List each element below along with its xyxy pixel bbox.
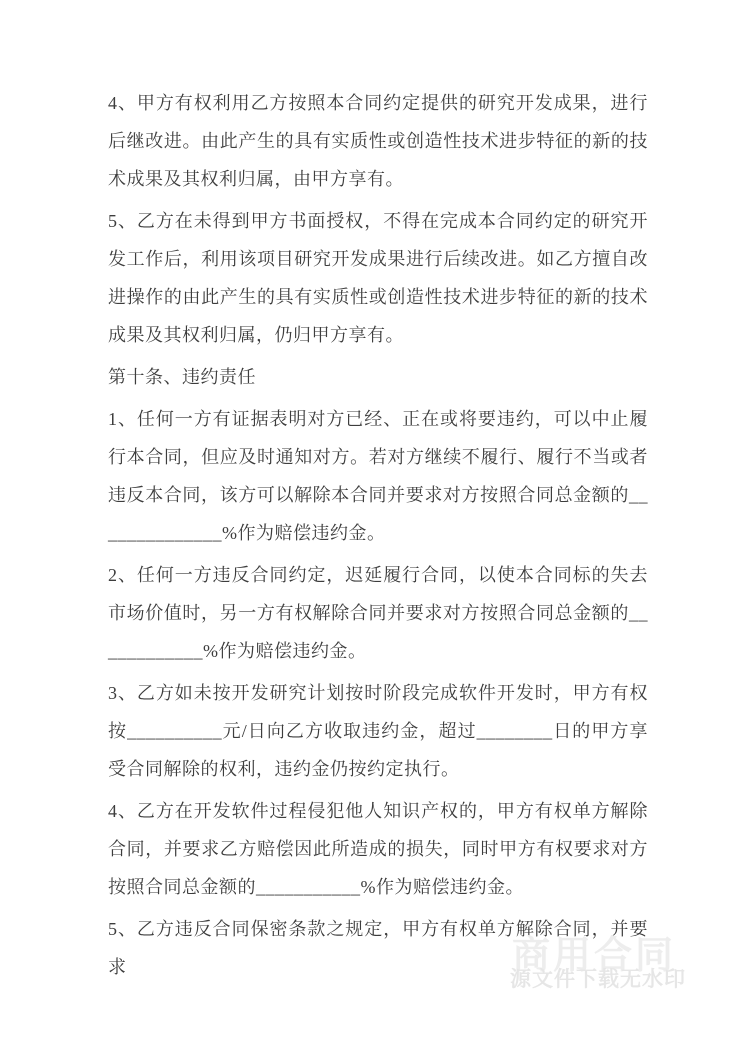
contract-paragraph: 3、乙方如未按开发研究计划按时阶段完成软件开发时，甲方有权按__________…: [108, 674, 648, 788]
contract-body: 4、甲方有权利用乙方按照本合同约定提供的研究开发成果，进行后继改进。由此产生的具…: [108, 84, 648, 990]
contract-paragraph: 5、乙方在未得到甲方书面授权，不得在完成本合同约定的研究开发工作后，利用该项目研…: [108, 202, 648, 354]
watermark-tagline: 源文件下载无水印: [510, 963, 686, 993]
contract-document-page: 4、甲方有权利用乙方按照本合同约定提供的研究开发成果，进行后继改进。由此产生的具…: [0, 0, 742, 1049]
clause-heading: 第十条、违约责任: [108, 358, 648, 396]
contract-paragraph: 1、任何一方有证据表明对方已经、正在或将要违约，可以中止履行本合同，但应及时通知…: [108, 400, 648, 552]
contract-paragraph: 2、任何一方违反合同约定，迟延履行合同，以使本合同标的失去市场价值时，另一方有权…: [108, 556, 648, 670]
contract-paragraph: 4、乙方在开发软件过程侵犯他人知识产权的，甲方有权单方解除合同，并要求乙方赔偿因…: [108, 792, 648, 906]
contract-paragraph: 4、甲方有权利用乙方按照本合同约定提供的研究开发成果，进行后继改进。由此产生的具…: [108, 84, 648, 198]
